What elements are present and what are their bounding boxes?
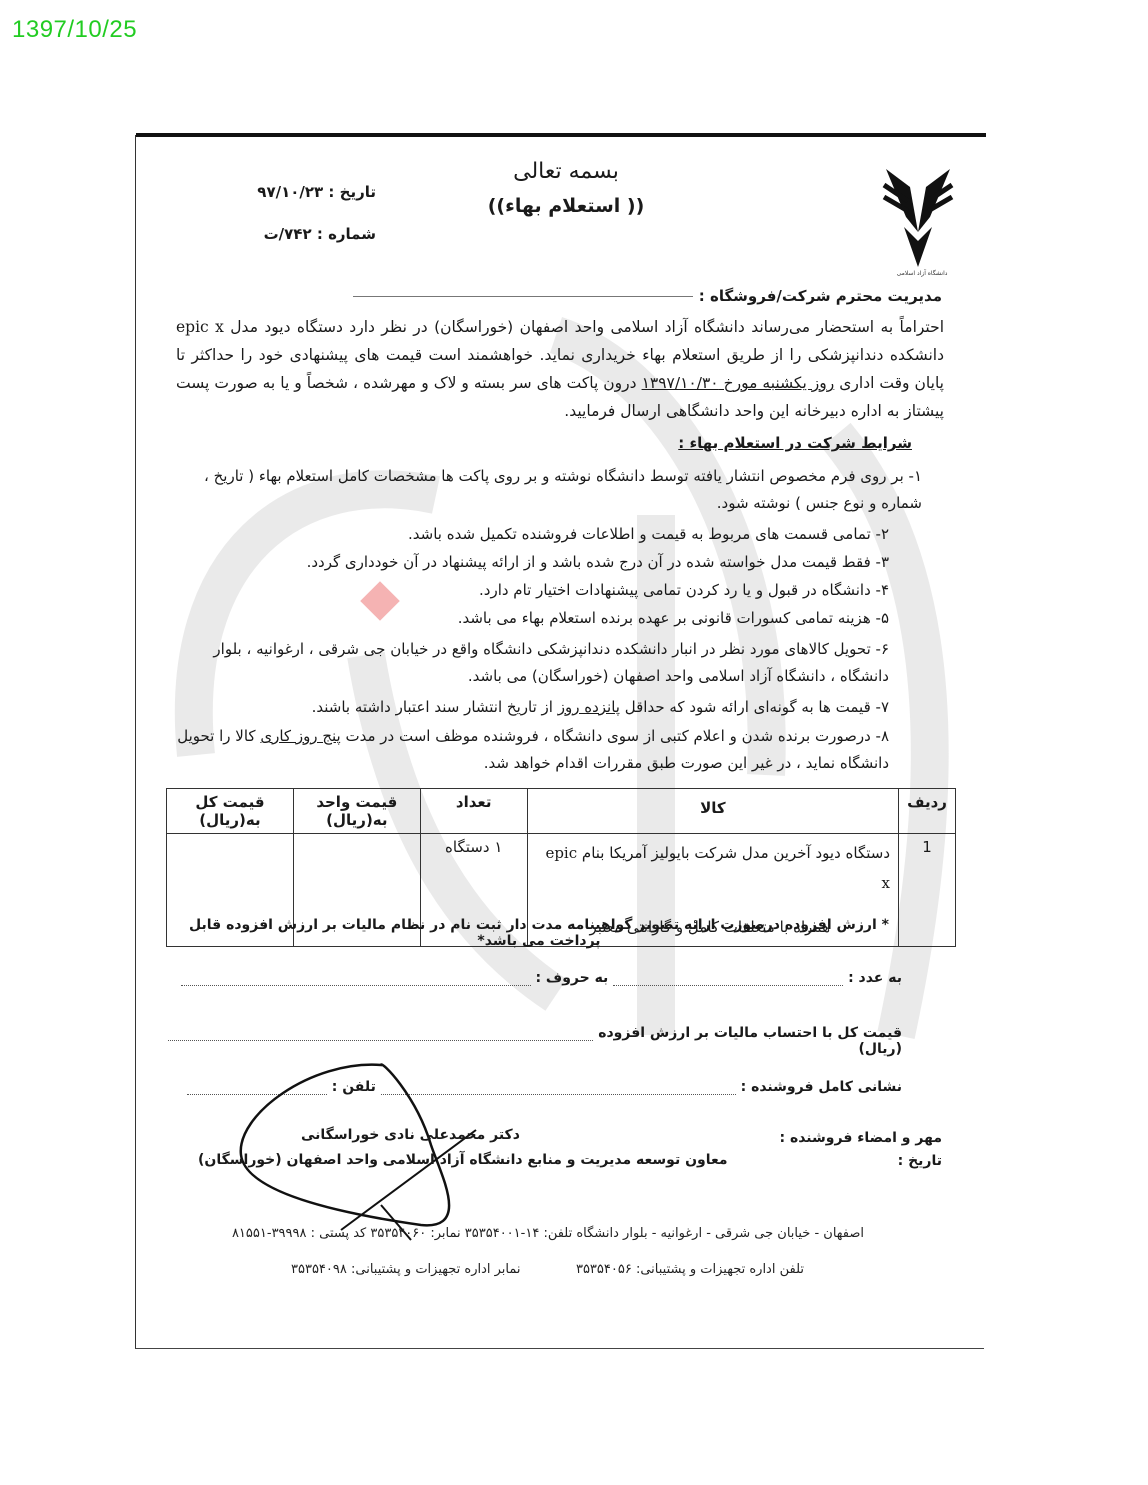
intro-paragraph: احتراماً به استحضار می‌رساند دانشگاه آزا… — [176, 313, 944, 425]
signer-role: معاون توسعه مدیریت و منابع دانشگاه آزاد … — [198, 1152, 728, 1168]
footer-support-phone: تلفن اداره تجهیزات و پشتیبانی: ۳۵۳۵۴۰۵۶ — [576, 1262, 804, 1277]
seller-date-field: تاریخ : — [898, 1153, 942, 1169]
deadline: روز یکشنبه مورخ ۱۳۹۷/۱۰/۳۰ — [642, 374, 835, 392]
header-quantity: تعداد — [420, 789, 527, 834]
footer-support-fax: نمابر اداره تجهیزات و پشتیبانی: ۳۵۳۵۴۰۹۸ — [291, 1262, 521, 1277]
by-letters-blank[interactable] — [181, 971, 531, 986]
condition-1: ۱- بر روی فرم مخصوص انتشار یافته توسط دا… — [176, 463, 922, 517]
condition-4: ۴- دانشگاه در قبول و یا رد کردن تمامی پی… — [176, 577, 889, 604]
basmala: بسمه تعالی — [466, 159, 666, 184]
signer-name: دکتر محمدعلی نادی خوراسگانی — [301, 1127, 520, 1143]
university-logo: دانشگاه آزاد اسلامی — [878, 157, 958, 277]
condition-6: ۶- تحویل کالاهای مورد نظر در انبار دانشک… — [176, 636, 889, 690]
condition-5: ۵- هزینه تمامی کسورات قانونی بر عهده برن… — [176, 605, 889, 632]
date-value: ۹۷/۱۰/۲۳ — [257, 183, 323, 201]
model-name: epic x — [176, 318, 224, 336]
condition-7: ۷- قیمت ها به گونه‌ای ارائه شود که حداقل… — [176, 694, 889, 721]
amount-fields: به عدد : به حروف : — [181, 970, 902, 986]
header-row-number: ردیف — [899, 789, 956, 834]
signature-scribble — [231, 1055, 481, 1245]
condition-3: ۳- فقط قیمت مدل خواسته شده در آن درج شده… — [176, 549, 889, 576]
condition-2: ۲- تمامی قسمت های مربوط به قیمت و اطلاعا… — [176, 521, 889, 548]
addressee-blank — [353, 296, 693, 297]
total-with-vat-field: قیمت کل با احتساب مالیات بر ارزش افزوده … — [136, 1025, 902, 1057]
number-field: شماره : ۷۴۲/ت — [176, 225, 376, 243]
header-item: کالا — [527, 789, 898, 834]
conditions-heading: شرایط شرکت در استعلام بهاء : — [678, 434, 912, 452]
condition-8: ۸- درصورت برنده شدن و اعلام کتبی از سوی … — [176, 723, 889, 777]
seller-seal-field: مهر و امضاء فروشنده : — [779, 1130, 942, 1146]
svg-text:دانشگاه آزاد اسلامی: دانشگاه آزاد اسلامی — [897, 268, 948, 277]
vat-note: * ارزش افزوده درصورت ارائه تصویر گواهینا… — [176, 917, 902, 949]
addressee: مدیریت محترم شرکت/فروشگاه : — [353, 287, 942, 305]
footer-address: اصفهان - خیابان جی شرقی - ارغوانیه - بلو… — [232, 1226, 864, 1241]
header-unit-price: قیمت واحد به(ریال) — [293, 789, 420, 834]
by-number-blank[interactable] — [613, 971, 843, 986]
date-field: تاریخ : ۹۷/۱۰/۲۳ — [176, 183, 376, 201]
header-total-price: قیمت کل به(ریال) — [167, 789, 294, 834]
total-with-vat-blank[interactable] — [168, 1026, 593, 1041]
stamp-date: 1397/10/25 — [12, 16, 137, 44]
document-title: (( استعلام بهاء)) — [466, 195, 666, 217]
document-page: دانشگاه آزاد اسلامی بسمه تعالی (( استعلا… — [135, 135, 984, 1349]
table-header-row: ردیف کالا تعداد قیمت واحد به(ریال) قیمت … — [167, 789, 956, 834]
cell-row-number: 1 — [899, 834, 956, 947]
number-value: ۷۴۲/ت — [264, 225, 312, 243]
